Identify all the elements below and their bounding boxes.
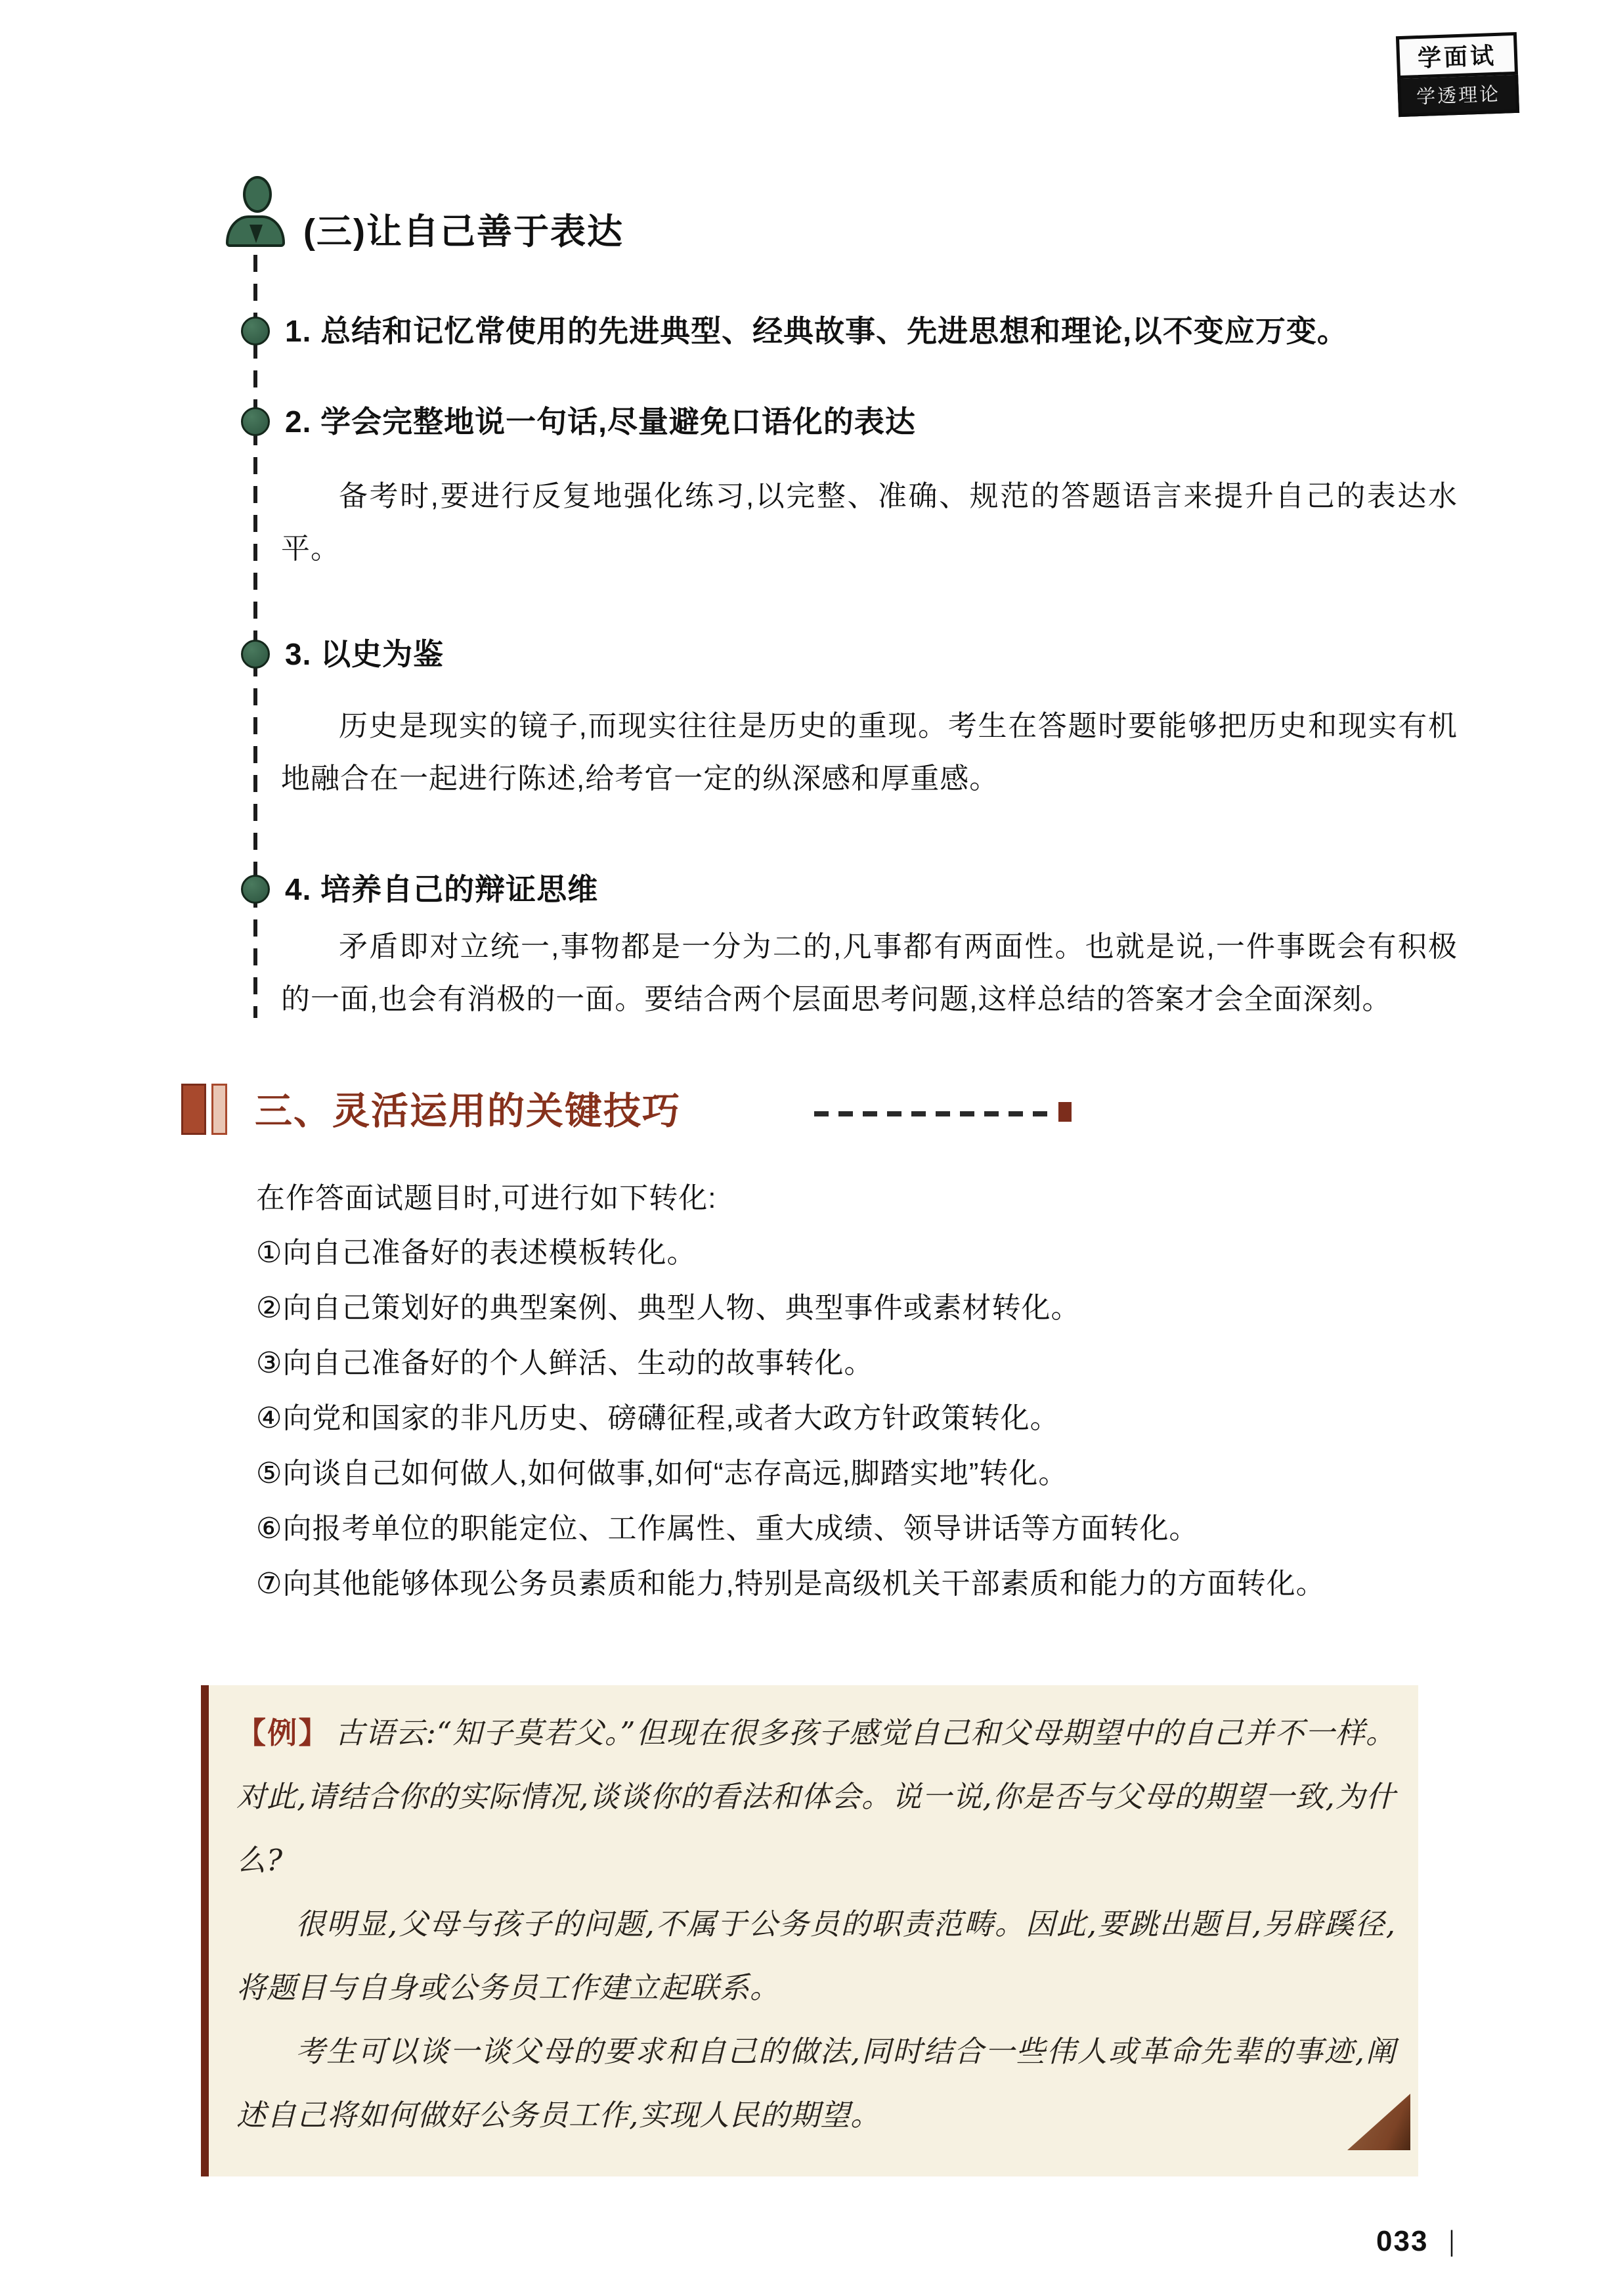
- item-title-3: 3. 以史为鉴: [285, 630, 444, 674]
- section-heading-dashes: [814, 1111, 1057, 1116]
- person-icon: [226, 176, 290, 247]
- skills-point-6: ⑥向报考单位的职能定位、工作属性、重大成绩、领导讲话等方面转化。: [256, 1501, 1462, 1556]
- skills-point-3: ③向自己准备好的个人鲜活、生动的故事转化。: [256, 1336, 1462, 1391]
- item-paragraph-2: 备考时,要进行反复地强化练习,以完整、准确、规范的答题语言来提升自己的表达水平。: [281, 470, 1458, 575]
- book-page: 学面试 学透理论 (三)让自己善于表达 1. 总结和记忆常使用的先进典型、经典故…: [0, 0, 1606, 2296]
- section-marker-block-light: [211, 1084, 227, 1135]
- timeline-dot: [241, 640, 270, 669]
- item-paragraph-3: 历史是现实的镜子,而现实往往是历史的重现。考生在答题时要能够把历史和现实有机地融…: [281, 700, 1458, 805]
- item-title-2: 2. 学会完整地说一句话,尽量避免口语化的表达: [285, 398, 916, 441]
- brand-badge-top: 学面试: [1396, 32, 1518, 79]
- example-question: 【例】古语云:“知子莫若父。”但现在很多孩子感觉自己和父母期望中的自己并不一样。…: [236, 1701, 1396, 1892]
- timeline-dot: [241, 407, 270, 436]
- page-number-value: 033: [1376, 2225, 1428, 2257]
- example-question-text: 古语云:“知子莫若父。”但现在很多孩子感觉自己和父母期望中的自己并不一样。对此,…: [236, 1715, 1396, 1878]
- skills-point-4: ④向党和国家的非凡历史、磅礴征程,或者大政方针政策转化。: [256, 1391, 1462, 1446]
- person-icon-head: [243, 176, 272, 213]
- example-box: 【例】古语云:“知子莫若父。”但现在很多孩子感觉自己和父母期望中的自己并不一样。…: [201, 1685, 1418, 2176]
- example-analysis-2: 考生可以谈一谈父母的要求和自己的做法,同时结合一些伟人或革命先辈的事迹,阐述自己…: [236, 2020, 1396, 2147]
- timeline-dot: [241, 317, 270, 345]
- brand-badge-bottom: 学透理论: [1397, 75, 1519, 117]
- person-icon-tie: [250, 225, 263, 243]
- item-title-1: 1. 总结和记忆常使用的先进典型、经典故事、先进思想和理论,以不变应万变。: [285, 307, 1348, 351]
- skills-point-1: ①向自己准备好的表述模板转化。: [256, 1225, 1462, 1281]
- page-number-divider: |: [1449, 2225, 1455, 2258]
- page-number: 033|: [1376, 2225, 1457, 2258]
- brand-badge: 学面试 学透理论: [1396, 32, 1519, 117]
- skills-intro: 在作答面试题目时,可进行如下转化:: [256, 1174, 716, 1216]
- skills-point-5: ⑤向谈自己如何做人,如何做事,如何“志存高远,脚踏实地”转化。: [256, 1446, 1462, 1501]
- subsection-heading: (三)让自己善于表达: [303, 204, 624, 254]
- section-marker-block: [181, 1084, 206, 1135]
- section-heading-end-square: [1058, 1102, 1072, 1122]
- example-analysis-1: 很明显,父母与孩子的问题,不属于公务员的职责范畴。因此,要跳出题目,另辟蹊径,将…: [236, 1892, 1396, 2020]
- skills-point-2: ②向自己策划好的典型案例、典型人物、典型事件或素材转化。: [256, 1281, 1462, 1336]
- item-paragraph-4: 矛盾即对立统一,事物都是一分为二的,凡事都有两面性。也就是说,一件事既会有积极的…: [281, 921, 1458, 1026]
- example-label: 【例】: [236, 1716, 330, 1750]
- skills-point-list: ①向自己准备好的表述模板转化。 ②向自己策划好的典型案例、典型人物、典型事件或素…: [256, 1225, 1462, 1612]
- skills-point-7: ⑦向其他能够体现公务员素质和能力,特别是高级机关干部素质和能力的方面转化。: [256, 1556, 1462, 1612]
- item-title-4: 4. 培养自己的辩证思维: [285, 866, 598, 909]
- section-heading: 三、灵活运用的关键技巧: [255, 1081, 681, 1135]
- timeline-dot: [241, 875, 270, 904]
